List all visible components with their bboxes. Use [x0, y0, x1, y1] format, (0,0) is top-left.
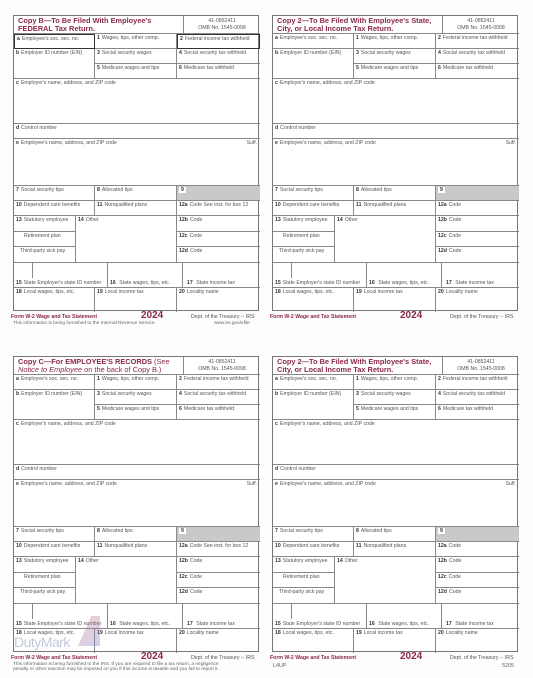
- omb-number: OMB No. 1545-0008: [457, 25, 505, 31]
- w2-form: Copy 2—To Be Filed With Employee's State…: [272, 15, 518, 311]
- suffix-label: Suff.: [506, 140, 516, 146]
- box-9-shaded: 9: [436, 186, 519, 201]
- watermark-text: DutyMark: [14, 634, 70, 650]
- form-code-left: L4UP: [273, 663, 287, 669]
- box-16-state-wages[interactable]: 16 State wages, tips, etc.: [367, 263, 442, 288]
- copy-title: Copy B—To Be Filed With Employee'sFEDERA…: [14, 16, 184, 34]
- box-c-employer-name[interactable]: cEmployer's name, address, and ZIP code: [273, 79, 519, 124]
- copy-title: Copy 2—To Be Filed With Employee's State…: [273, 357, 443, 375]
- suffix-label: Suff.: [247, 481, 257, 487]
- box-12d-code[interactable]: 12dCode: [177, 247, 260, 263]
- box-18-local-wages[interactable]: 18Local wages, tips, etc.: [273, 629, 354, 653]
- irs-efile-link[interactable]: www.irs.gov/efile: [214, 321, 250, 326]
- box-d-control-number[interactable]: dControl number: [14, 465, 260, 480]
- copy-2-state-top: Copy 2—To Be Filed With Employee's State…: [272, 15, 518, 345]
- copy-c-employee-records: Copy C—For EMPLOYEE'S RECORDS (SeeNotice…: [13, 356, 259, 678]
- state-divider: [291, 604, 292, 619]
- box-16-state-wages[interactable]: 16 State wages, tips, etc.: [367, 604, 442, 629]
- box-e-employee-name[interactable]: eEmployee's name, address, and ZIP codeS…: [14, 480, 260, 527]
- box-b-employer-ein[interactable]: bEmployer ID number (EIN): [273, 390, 354, 420]
- box-17-state-tax[interactable]: 17 State income tax: [183, 604, 260, 629]
- state-divider: [32, 604, 33, 619]
- box-17-state-tax[interactable]: 17 State income tax: [442, 263, 519, 288]
- box-13-statutory[interactable]: 13Statutory employee: [14, 557, 76, 573]
- box-a-employee-ssn[interactable]: aEmployee's soc. sec. no.: [273, 375, 354, 390]
- box-20-locality[interactable]: 20Locality name: [177, 629, 260, 653]
- dept-treasury: Dept. of the Treasury -- IRS: [191, 314, 254, 320]
- box-20-locality[interactable]: 20Locality name: [436, 288, 519, 312]
- box-18-local-wages[interactable]: 18Local wages, tips, etc.: [14, 288, 95, 312]
- ein-top: 41-0852411: [208, 359, 235, 365]
- box-10-dependent-care[interactable]: 10Dependent care benefits: [14, 542, 95, 557]
- box-2-federal-tax[interactable]: 2Federal income tax withheld: [436, 34, 519, 49]
- box-19-local-tax[interactable]: 19Local income tax: [95, 288, 177, 312]
- suffix-label: Suff.: [247, 140, 257, 146]
- box-6-medicare-tax[interactable]: 6Medicare tax withheld: [436, 64, 519, 79]
- box-12b-code[interactable]: 12bCode: [436, 557, 519, 573]
- box-d-control-number[interactable]: dControl number: [273, 124, 519, 139]
- box-15-state-id[interactable]: 15State Employer's state ID number: [273, 263, 367, 288]
- box-7-ss-tips[interactable]: 7Social security tips: [14, 527, 95, 542]
- tax-year: 2024: [141, 651, 163, 662]
- box-6-medicare-tax[interactable]: 6Medicare tax withheld: [436, 405, 519, 420]
- box-a-employee-ssn[interactable]: aEmployee's soc. sec. no.: [14, 34, 95, 49]
- form-name: Form W-2 Wage and Tax Statement: [11, 314, 97, 320]
- box-1-wages[interactable]: 1Wages, tips, other comp.: [354, 375, 436, 390]
- box-13-thirdparty[interactable]: Third-party sick pay: [14, 588, 76, 604]
- w2-form: Copy C—For EMPLOYEE'S RECORDS (SeeNotice…: [13, 356, 259, 652]
- box-12c-code[interactable]: 12cCode: [177, 573, 260, 588]
- box-13-retirement[interactable]: Retirement plan: [273, 232, 335, 247]
- box-11-nonqualified[interactable]: 11Nonqualified plans: [354, 201, 436, 216]
- box-5-medicare-wages[interactable]: 5Medicare wages and tips: [354, 64, 436, 79]
- box-8-allocated-tips[interactable]: 8Allocated tips: [95, 527, 177, 542]
- tax-year: 2024: [400, 651, 422, 662]
- copy-b-ref: on the back of Copy B.): [84, 365, 161, 374]
- box-10-dependent-care[interactable]: 10Dependent care benefits: [273, 542, 354, 557]
- omb-box: 41-0852411OMB No. 1545-0008: [184, 357, 260, 375]
- suffix-label: Suff.: [506, 481, 516, 487]
- copy-title: Copy C—For EMPLOYEE'S RECORDS (SeeNotice…: [14, 357, 184, 375]
- box-7-ss-tips[interactable]: 7Social security tips: [14, 186, 95, 201]
- box-c-employer-name[interactable]: cEmployer's name, address, and ZIP code: [14, 420, 260, 465]
- box-19-local-tax[interactable]: 19Local income tax: [354, 629, 436, 653]
- box-13-retirement[interactable]: Retirement plan: [14, 232, 76, 247]
- box-1-wages[interactable]: 1Wages, tips, other comp.: [354, 34, 436, 49]
- box-13-statutory[interactable]: 13Statutory employee: [273, 557, 335, 573]
- box-1-wages[interactable]: 1Wages, tips, other comp.: [95, 375, 177, 390]
- box-12a-code[interactable]: 12aCode See inst. for box 12: [177, 201, 260, 216]
- w2-form: Copy B—To Be Filed With Employee'sFEDERA…: [13, 15, 259, 311]
- box-4-ss-tax[interactable]: 4Social security tax withheld: [177, 390, 260, 405]
- omb-box: 41-0852411OMB No. 1545-0008: [443, 16, 519, 34]
- box-5-medicare-wages[interactable]: 5Medicare wages and tips: [95, 64, 177, 79]
- form-code-right: 5205: [502, 663, 514, 669]
- ein-top: 41-0852411: [467, 359, 494, 365]
- box-12a-code[interactable]: 12aCode: [436, 542, 519, 557]
- box-c-employer-name[interactable]: cEmployer's name, address, and ZIP code: [273, 420, 519, 465]
- box-2-federal-tax[interactable]: 2Federal income tax withheld: [177, 34, 260, 49]
- copy-2-state-bottom: Copy 2—To Be Filed With Employee's State…: [272, 356, 518, 678]
- dept-treasury: Dept. of the Treasury -- IRS: [191, 655, 254, 661]
- box-13-thirdparty[interactable]: Third-party sick pay: [14, 247, 76, 263]
- box-10-dependent-care[interactable]: 10Dependent care benefits: [273, 201, 354, 216]
- box-6-medicare-tax[interactable]: 6Medicare tax withheld: [177, 64, 260, 79]
- copy-title: Copy 2—To Be Filed With Employee's State…: [273, 16, 443, 34]
- box-c-employer-name[interactable]: cEmployer's name, address, and ZIP code: [14, 79, 260, 124]
- box-a-employee-ssn[interactable]: aEmployee's soc. sec. no.: [14, 375, 95, 390]
- box-4-ss-tax[interactable]: 4Social security tax withheld: [436, 49, 519, 64]
- omb-box: 41-0852411OMB No. 1545-0008: [443, 357, 519, 375]
- box-12b-code[interactable]: 12bCode: [177, 216, 260, 232]
- copy-b-federal: Copy B—To Be Filed With Employee'sFEDERA…: [13, 15, 259, 345]
- box-7-ss-tips[interactable]: 7Social security tips: [273, 527, 354, 542]
- box-12d-code[interactable]: 12dCode: [436, 588, 519, 604]
- box-9-shaded: 9: [177, 186, 260, 201]
- box-17-state-tax[interactable]: 17 State income tax: [442, 604, 519, 629]
- box-5-medicare-wages[interactable]: 5Medicare wages and tips: [354, 405, 436, 420]
- box-12d-code[interactable]: 12dCode: [177, 588, 260, 604]
- ein-top: 41-0852411: [208, 18, 235, 24]
- box-3-ss-wages[interactable]: 3Social security wages: [95, 49, 177, 64]
- box-12b-code[interactable]: 12bCode: [177, 557, 260, 573]
- box-2-federal-tax[interactable]: 2Federal income tax withheld: [436, 375, 519, 390]
- box-13-retirement[interactable]: Retirement plan: [273, 573, 335, 588]
- omb-number: OMB No. 1545-0008: [198, 366, 246, 372]
- box-8-allocated-tips[interactable]: 8Allocated tips: [95, 186, 177, 201]
- box-8-allocated-tips[interactable]: 8Allocated tips: [354, 186, 436, 201]
- box-12a-code[interactable]: 12aCode See inst. for box 12: [177, 542, 260, 557]
- box-e-employee-name[interactable]: eEmployee's name, address, and ZIP codeS…: [273, 139, 519, 186]
- box-e-employee-name[interactable]: eEmployee's name, address, and ZIP codeS…: [14, 139, 260, 186]
- box-9-shaded: 9: [436, 527, 519, 542]
- box-11-nonqualified[interactable]: 11Nonqualified plans: [95, 201, 177, 216]
- box-20-locality[interactable]: 20Locality name: [436, 629, 519, 653]
- box-12c-code[interactable]: 12cCode: [436, 573, 519, 588]
- box-2-federal-tax[interactable]: 2Federal income tax withheld: [177, 375, 260, 390]
- omb-box: 41-0852411OMB No. 1545-0008: [184, 16, 260, 34]
- box-14-other[interactable]: 14Other: [76, 557, 177, 604]
- omb-number: OMB No. 1545-0008: [457, 366, 505, 372]
- box-11-nonqualified[interactable]: 11Nonqualified plans: [95, 542, 177, 557]
- form-name: Form W-2 Wage and Tax Statement: [270, 314, 356, 320]
- box-18-local-wages[interactable]: 18Local wages, tips, etc.: [273, 288, 354, 312]
- box-13-statutory[interactable]: 13Statutory employee: [14, 216, 76, 232]
- box-20-locality[interactable]: 20Locality name: [177, 288, 260, 312]
- box-19-local-tax[interactable]: 19Local income tax: [354, 288, 436, 312]
- box-14-other[interactable]: 14Other: [335, 216, 436, 263]
- box-4-ss-tax[interactable]: 4Social security tax withheld: [436, 390, 519, 405]
- box-a-employee-ssn[interactable]: aEmployee's soc. sec. no.: [273, 34, 354, 49]
- box-10-dependent-care[interactable]: 10Dependent care benefits: [14, 201, 95, 216]
- box-13-thirdparty[interactable]: Third-party sick pay: [273, 247, 335, 263]
- box-6-medicare-tax[interactable]: 6Medicare tax withheld: [177, 405, 260, 420]
- box-b-employer-ein[interactable]: bEmployer ID number (EIN): [14, 49, 95, 79]
- dept-treasury: Dept. of the Treasury -- IRS: [450, 655, 513, 661]
- box-15-state-id[interactable]: 15State Employer's state ID number: [14, 263, 108, 288]
- box-14-other[interactable]: 14Other: [335, 557, 436, 604]
- box-d-control-number[interactable]: dControl number: [273, 465, 519, 480]
- box-d-control-number[interactable]: dControl number: [14, 124, 260, 139]
- notice-to-employee: Notice to Employee: [18, 365, 82, 374]
- box-8-allocated-tips[interactable]: 8Allocated tips: [354, 527, 436, 542]
- form-name: Form W-2 Wage and Tax Statement: [11, 655, 97, 661]
- box-13-retirement[interactable]: Retirement plan: [14, 573, 76, 588]
- box-9-shaded: 9: [177, 527, 260, 542]
- box-5-medicare-wages[interactable]: 5Medicare wages and tips: [95, 405, 177, 420]
- penalty-note-line2: penalty or other sanction may be imposed…: [13, 667, 219, 672]
- box-12a-code[interactable]: 12aCode: [436, 201, 519, 216]
- box-12c-code[interactable]: 12cCode: [436, 232, 519, 247]
- box-16-state-wages[interactable]: 16 State wages, tips, etc.: [108, 263, 183, 288]
- box-1-wages[interactable]: 1Wages, tips, other comp.: [95, 34, 177, 49]
- box-14-other[interactable]: 14Other: [76, 216, 177, 263]
- box-3-ss-wages[interactable]: 3Social security wages: [354, 49, 436, 64]
- box-13-statutory[interactable]: 13Statutory employee: [273, 216, 335, 232]
- box-11-nonqualified[interactable]: 11Nonqualified plans: [354, 542, 436, 557]
- box-17-state-tax[interactable]: 17 State income tax: [183, 263, 260, 288]
- box-3-ss-wages[interactable]: 3Social security wages: [95, 390, 177, 405]
- box-15-state-id[interactable]: 15State Employer's state ID number: [273, 604, 367, 629]
- box-13-thirdparty[interactable]: Third-party sick pay: [273, 588, 335, 604]
- box-16-state-wages[interactable]: 16 State wages, tips, etc.: [108, 604, 183, 629]
- omb-number: OMB No. 1545-0008: [198, 25, 246, 31]
- form-name: Form W-2 Wage and Tax Statement: [270, 655, 356, 661]
- box-7-ss-tips[interactable]: 7Social security tips: [273, 186, 354, 201]
- box-b-employer-ein[interactable]: bEmployer ID number (EIN): [273, 49, 354, 79]
- w2-form: Copy 2—To Be Filed With Employee's State…: [272, 356, 518, 652]
- box-19-local-tax[interactable]: 19Local income tax: [95, 629, 177, 653]
- box-12d-code[interactable]: 12dCode: [436, 247, 519, 263]
- state-divider: [32, 263, 33, 278]
- state-divider: [291, 263, 292, 278]
- box-4-ss-tax[interactable]: 4Social security tax withheld: [177, 49, 260, 64]
- dept-treasury: Dept. of the Treasury -- IRS: [450, 314, 513, 320]
- irs-furnished-note: This information is being furnished to t…: [13, 321, 156, 326]
- tax-year: 2024: [141, 310, 163, 321]
- tax-year: 2024: [400, 310, 422, 321]
- ein-top: 41-0852411: [467, 18, 494, 24]
- box-12b-code[interactable]: 12bCode: [436, 216, 519, 232]
- box-b-employer-ein[interactable]: bEmployer ID number (EIN): [14, 390, 95, 420]
- box-3-ss-wages[interactable]: 3Social security wages: [354, 390, 436, 405]
- box-12c-code[interactable]: 12cCode: [177, 232, 260, 247]
- box-e-employee-name[interactable]: eEmployee's name, address, and ZIP codeS…: [273, 480, 519, 527]
